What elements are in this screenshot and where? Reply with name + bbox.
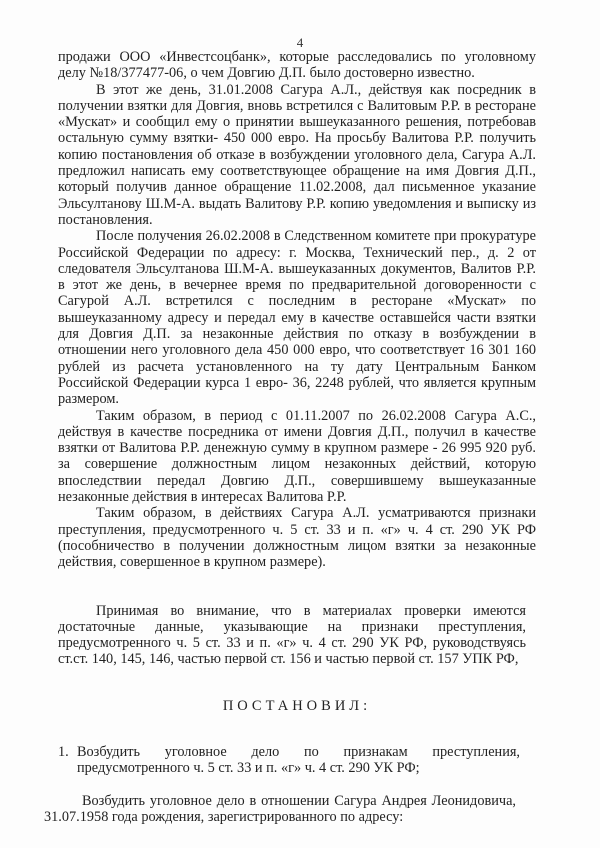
spacer [58, 587, 536, 603]
document-body: продажи ООО «Инвестсоцбанк», которые рас… [58, 49, 536, 825]
spacer [58, 684, 536, 698]
list-text-line1: Возбудить уголовное дело по признакам пр… [77, 744, 520, 760]
resolution-heading: ПОСТАНОВИЛ: [58, 698, 536, 714]
spacer [58, 730, 536, 744]
paragraph-continuation: продажи ООО «Инвестсоцбанк», которые рас… [58, 49, 536, 82]
list-number: 1. [58, 744, 77, 777]
spacer [58, 714, 536, 730]
spacer [58, 777, 536, 793]
list-text: Возбудить уголовное дело по признакам пр… [77, 744, 520, 777]
resolution-item-1: 1. Возбудить уголовное дело по признакам… [58, 744, 536, 777]
document-page: 4 продажи ООО «Инвестсоцбанк», которые р… [0, 0, 600, 848]
list-text-line2: предусмотренного ч. 5 ст. 33 и п. «г» ч.… [77, 760, 520, 776]
spacer [58, 668, 536, 684]
spacer [58, 571, 536, 587]
paragraph-summary-total: Таким образом, в период с 01.11.2007 по … [58, 408, 536, 506]
paragraph-legal-qualification: Таким образом, в действиях Сагура А.Л. у… [58, 505, 536, 570]
paragraph-initiate-case: Возбудить уголовное дело в отношении Саг… [44, 793, 536, 826]
paragraph-grounds: Принимая во внимание, что в материалах п… [58, 603, 536, 668]
paragraph-meeting-mускат: В этот же день, 31.01.2008 Сагура А.Л., … [58, 82, 536, 229]
paragraph-second-payment: После получения 26.02.2008 в Следственно… [58, 228, 536, 407]
